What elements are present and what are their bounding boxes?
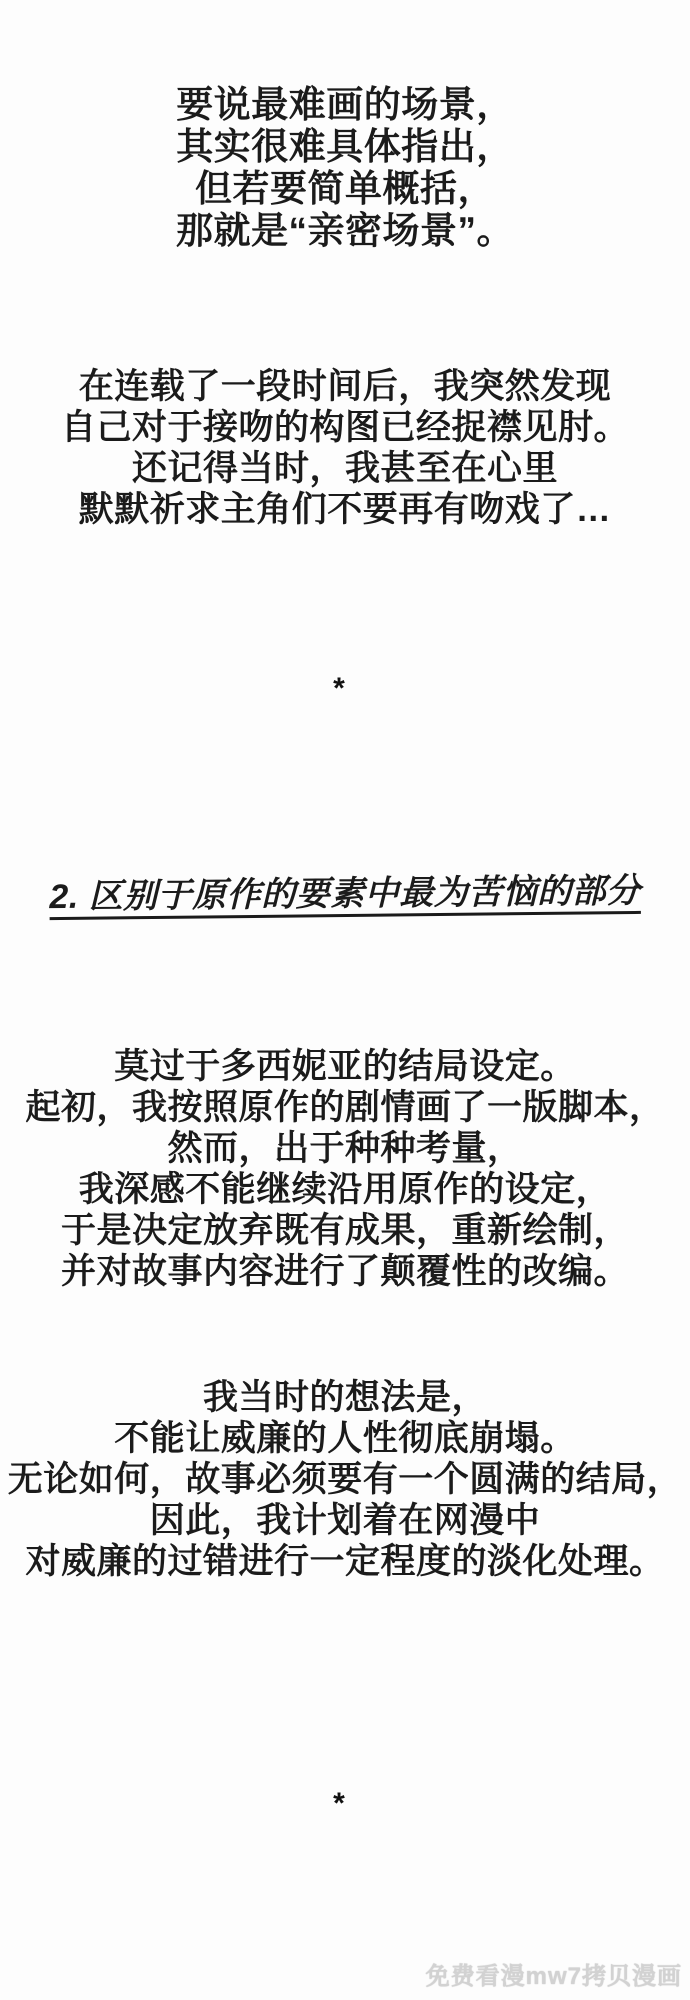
section-separator-star: *	[0, 1787, 684, 1821]
text-line: 并对故事内容进行了颠覆性的改编。	[0, 1251, 690, 1292]
text-line: 其实很难具体指出，	[0, 126, 690, 168]
text-line: 然而，出于种种考量，	[0, 1128, 690, 1169]
text-line: 默默祈求主角们不要再有吻戏了…	[0, 489, 690, 530]
text-line: 因此，我计划着在网漫中	[0, 1500, 690, 1541]
afterword-paragraph-4: 我当时的想法是， 不能让威廉的人性彻底崩塌。 无论如何，故事必须要有一个圆满的结…	[0, 1377, 690, 1582]
afterword-paragraph-3: 莫过于多西妮亚的结局设定。 起初，我按照原作的剧情画了一版脚本， 然而，出于种种…	[0, 1046, 690, 1292]
afterword-paragraph-2: 在连载了一段时间后，我突然发现 自己对于接吻的构图已经捉襟见肘。 还记得当时，我…	[0, 366, 690, 530]
text-line: 莫过于多西妮亚的结局设定。	[0, 1046, 690, 1087]
text-line: 在连载了一段时间后，我突然发现	[0, 366, 690, 407]
text-line: 还记得当时，我甚至在心里	[0, 448, 690, 489]
text-line: 自己对于接吻的构图已经捉襟见肘。	[0, 407, 690, 448]
text-line: 于是决定放弃既有成果，重新绘制，	[0, 1210, 690, 1251]
site-watermark: 免费看漫mw7拷贝漫画	[426, 1956, 682, 1991]
section-separator-star: *	[0, 672, 684, 706]
webtoon-afterword-page: 要说最难画的场景， 其实很难具体指出， 但若要简单概括， 那就是“亲密场景”。 …	[0, 0, 690, 2000]
afterword-paragraph-1: 要说最难画的场景， 其实很难具体指出， 但若要简单概括， 那就是“亲密场景”。	[0, 84, 690, 252]
text-line: 我深感不能继续沿用原作的设定，	[0, 1169, 690, 1210]
text-line: 那就是“亲密场景”。	[0, 210, 690, 252]
text-line: 我当时的想法是，	[0, 1377, 690, 1418]
text-line: 但若要简单概括，	[0, 168, 690, 210]
text-line: 不能让威廉的人性彻底崩塌。	[0, 1418, 690, 1459]
section-2-heading: 2. 区别于原作的要素中最为苦恼的部分	[0, 862, 690, 918]
text-line: 要说最难画的场景，	[0, 84, 690, 126]
text-line: 无论如何，故事必须要有一个圆满的结局，	[0, 1459, 690, 1500]
text-line: 对威廉的过错进行一定程度的淡化处理。	[0, 1541, 690, 1582]
text-line: 起初，我按照原作的剧情画了一版脚本，	[0, 1087, 690, 1128]
